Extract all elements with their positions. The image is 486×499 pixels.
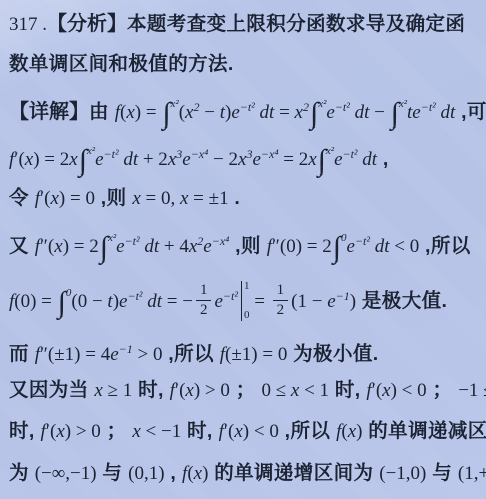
chinese-text: ,所以 bbox=[419, 235, 470, 257]
solution-document: 317 .【分析】本题考查变上限积分函数求导及确定函数单调区间和极值的方法.【详… bbox=[0, 0, 486, 494]
math-roman: (1,+∞) bbox=[458, 463, 486, 484]
math-roman: + 4 bbox=[159, 236, 189, 257]
integral-lower-limit: 1 bbox=[164, 120, 172, 131]
integral: ∫x²1 bbox=[100, 233, 114, 265]
math-roman: (±1) = 0 bbox=[225, 344, 287, 365]
chinese-text: 时, bbox=[181, 420, 218, 442]
text-line: 而 f″(±1) = 4e−1 > 0 ,所以 f(±1) = 0 为极小值. bbox=[9, 328, 480, 370]
math-roman: = − bbox=[162, 291, 193, 312]
integral-limits: x²1 bbox=[316, 99, 324, 131]
math-superscript: −1 bbox=[119, 342, 133, 356]
math-roman: = bbox=[249, 291, 269, 312]
math-italic: x bbox=[54, 236, 62, 257]
math-roman: ′( bbox=[46, 421, 56, 442]
chinese-text: 是极大值. bbox=[356, 290, 447, 312]
integral-upper-limit: x² bbox=[326, 146, 334, 157]
math-roman: (−∞,−1) bbox=[35, 463, 97, 484]
math-roman: −1 ≤ bbox=[458, 380, 486, 401]
integral-upper-limit: x² bbox=[399, 99, 407, 110]
math-roman: ) > 0 bbox=[65, 421, 101, 442]
math-superscript: −x⁴ bbox=[191, 147, 209, 161]
math-roman: ″(±1) = 4 bbox=[40, 344, 110, 365]
integral-limits: 01 bbox=[339, 233, 345, 265]
math-italic: te bbox=[407, 102, 421, 123]
integral-limits: x²1 bbox=[85, 146, 93, 178]
math-italic: x bbox=[94, 380, 102, 401]
math-italic: dt bbox=[119, 149, 139, 170]
math-roman: ) < 0 bbox=[243, 421, 279, 442]
math-italic: e bbox=[203, 236, 211, 257]
text-line: 数单调区间和极值的方法. bbox=[9, 44, 480, 84]
chinese-text: 又因为当 bbox=[9, 379, 94, 401]
integral: ∫x²1 bbox=[162, 99, 176, 131]
integral-lower-limit: 1 bbox=[319, 167, 327, 178]
math-roman: > 0 bbox=[133, 344, 163, 365]
text-line: 时, f′(x) > 0 ； x < −1 时, f′(x) < 0 ,所以 f… bbox=[9, 411, 480, 452]
math-superscript: −t² bbox=[125, 234, 140, 248]
integral-limits: x²1 bbox=[397, 99, 405, 131]
math-italic: e bbox=[252, 149, 260, 170]
integral: ∫x²1 bbox=[310, 99, 324, 131]
chinese-text: 由 bbox=[89, 101, 115, 123]
math-superscript: −t² bbox=[127, 289, 142, 303]
math-roman: < 1 bbox=[299, 380, 329, 401]
chinese-text: 的单调递增区间为 bbox=[208, 462, 379, 484]
section-label: 【详解】 bbox=[9, 101, 89, 123]
math-italic: x bbox=[295, 102, 303, 123]
math-superscript: −t² bbox=[104, 147, 119, 161]
chinese-text: , bbox=[377, 148, 389, 170]
math-roman: (−1,0) bbox=[379, 463, 426, 484]
math-roman: ′( bbox=[224, 421, 234, 442]
math-roman: (0) = bbox=[14, 291, 56, 312]
math-superscript: −t² bbox=[355, 234, 370, 248]
fraction-denominator: 2 bbox=[277, 301, 285, 319]
math-italic: x bbox=[126, 102, 134, 123]
chinese-text: 令 bbox=[9, 187, 35, 209]
math-italic: x bbox=[132, 421, 140, 442]
math-italic: e bbox=[327, 291, 335, 312]
math-italic: dt bbox=[370, 236, 390, 257]
math-italic: e bbox=[231, 102, 239, 123]
integral-lower-limit: 1 bbox=[334, 254, 340, 265]
math-roman: ) < 0 bbox=[391, 380, 427, 401]
math-roman: + 2 bbox=[138, 149, 168, 170]
math-italic: e bbox=[110, 344, 118, 365]
math-italic: e bbox=[116, 236, 124, 257]
chinese-text: 为极小值. bbox=[287, 343, 378, 365]
math-roman: − 2 bbox=[208, 149, 238, 170]
math-roman: 317 . bbox=[9, 14, 47, 35]
math-roman: ≥ 1 bbox=[103, 380, 132, 401]
chinese-text: 与 bbox=[426, 462, 458, 484]
fraction: 12 bbox=[273, 282, 289, 320]
math-roman: = 2 bbox=[279, 149, 309, 170]
math-roman: < 0 bbox=[390, 236, 420, 257]
chinese-text: 数单调区间和极值的方法. bbox=[9, 53, 234, 75]
chinese-text: 时, bbox=[329, 379, 366, 401]
math-roman: = 0, bbox=[141, 188, 180, 209]
chinese-text: 而 bbox=[9, 343, 35, 365]
math-superscript: −t² bbox=[421, 100, 436, 114]
math-roman: ′( bbox=[14, 149, 24, 170]
math-italic: x bbox=[69, 149, 77, 170]
fraction-numerator: 1 bbox=[273, 282, 289, 301]
integral-lower-limit: 1 bbox=[311, 120, 319, 131]
math-roman: ″(0) = 2 bbox=[272, 236, 332, 257]
math-roman: ) = 0 bbox=[59, 188, 95, 209]
evaluation-bar: 10 bbox=[241, 281, 250, 321]
math-italic: x bbox=[25, 149, 33, 170]
integral-upper-limit: x² bbox=[108, 233, 116, 244]
math-italic: x bbox=[194, 463, 202, 484]
math-italic: x bbox=[56, 421, 64, 442]
integral-lower-limit: 1 bbox=[59, 309, 65, 320]
text-line: f(0) = ∫01(0 − t)e−t² dt = −12e−t²10 = 1… bbox=[9, 264, 480, 328]
math-superscript: −t² bbox=[240, 100, 255, 114]
integral: ∫01 bbox=[333, 233, 345, 265]
text-line: 为 (−∞,−1) 与 (0,1) , f(x) 的单调递增区间为 (−1,0)… bbox=[9, 452, 480, 494]
math-italic: dt bbox=[358, 149, 378, 170]
evaluation-lower-limit: 0 bbox=[244, 310, 250, 321]
section-label: 【分析】 bbox=[47, 13, 127, 35]
math-italic: dt bbox=[436, 102, 456, 123]
integral-upper-limit: x² bbox=[87, 146, 95, 157]
integral-limits: x²1 bbox=[106, 233, 114, 265]
math-superscript: −t² bbox=[223, 289, 238, 303]
math-roman: − bbox=[369, 102, 389, 123]
math-roman: ) = bbox=[135, 102, 162, 123]
chinese-text: ； bbox=[230, 379, 262, 401]
math-roman: ) = 2 bbox=[63, 236, 99, 257]
math-italic: e bbox=[326, 102, 334, 123]
integral-upper-limit: x² bbox=[318, 99, 326, 110]
math-roman: ′( bbox=[40, 188, 50, 209]
integral-upper-limit: 0 bbox=[66, 288, 72, 299]
chinese-text: ,可得 bbox=[455, 101, 486, 123]
text-line: 【详解】由 f(x) = ∫x²1(x2 − t)e−t² dt = x2∫x²… bbox=[9, 84, 480, 130]
math-roman: = bbox=[274, 102, 294, 123]
chinese-text: ,则 bbox=[229, 235, 266, 257]
math-italic: e bbox=[347, 236, 355, 257]
integral: ∫x²1 bbox=[391, 99, 405, 131]
math-italic: x bbox=[382, 380, 390, 401]
chinese-text: 时, bbox=[132, 379, 169, 401]
fraction: 12 bbox=[196, 282, 212, 320]
math-roman: − bbox=[199, 102, 219, 123]
math-italic: x bbox=[168, 149, 176, 170]
math-roman: (0 − bbox=[71, 291, 107, 312]
fraction-denominator: 2 bbox=[200, 301, 208, 319]
integral-limits: 01 bbox=[64, 288, 70, 320]
chinese-text: 又 bbox=[9, 235, 35, 257]
chinese-text: 的单调递减区间 bbox=[362, 420, 486, 442]
math-roman: ″( bbox=[40, 236, 54, 257]
text-line: f′(x) = 2x∫x²1e−t² dt + 2x3e−x⁴ − 2x3e−x… bbox=[9, 130, 480, 178]
math-roman: ′( bbox=[372, 380, 382, 401]
math-italic: dt bbox=[255, 102, 275, 123]
math-superscript: −x⁴ bbox=[261, 147, 279, 161]
math-italic: e bbox=[334, 149, 342, 170]
chinese-text: ,则 bbox=[95, 187, 132, 209]
chinese-text: 与 bbox=[97, 462, 129, 484]
text-line: 又 f″(x) = 2∫x²1e−t² dt + 4x2e−x⁴ ,则 f″(0… bbox=[9, 218, 480, 264]
math-italic: x bbox=[132, 188, 140, 209]
math-italic: x bbox=[50, 188, 58, 209]
text-line: 317 .【分析】本题考查变上限积分函数求导及确定函 bbox=[9, 4, 480, 44]
integral-upper-limit: 0 bbox=[341, 233, 347, 244]
chinese-text: 时, bbox=[9, 420, 41, 442]
math-italic: e bbox=[214, 291, 222, 312]
integral-lower-limit: 1 bbox=[392, 120, 400, 131]
math-superscript: 2 bbox=[303, 100, 309, 114]
math-superscript: −t² bbox=[335, 100, 350, 114]
solution-page: 317 .【分析】本题考查变上限积分函数求导及确定函数单调区间和极值的方法.【详… bbox=[0, 0, 486, 499]
integral: ∫x²1 bbox=[318, 146, 332, 178]
math-italic: x bbox=[348, 421, 356, 442]
math-superscript: −1 bbox=[336, 289, 350, 303]
math-roman: (1 − bbox=[291, 291, 327, 312]
math-superscript: −x⁴ bbox=[212, 234, 230, 248]
chinese-text: ,所以 bbox=[279, 420, 336, 442]
math-italic: dt bbox=[143, 291, 163, 312]
math-italic: dt bbox=[350, 102, 370, 123]
math-roman: = ±1 bbox=[188, 188, 228, 209]
integral: ∫01 bbox=[58, 288, 70, 320]
chinese-text: 为 bbox=[9, 462, 35, 484]
integral: ∫x²1 bbox=[79, 146, 93, 178]
math-italic: x bbox=[308, 149, 316, 170]
integral-limits: x²1 bbox=[169, 99, 177, 131]
math-roman: ′( bbox=[175, 380, 185, 401]
math-italic: x bbox=[185, 380, 193, 401]
math-roman: ) > 0 bbox=[194, 380, 230, 401]
fraction-numerator: 1 bbox=[196, 282, 212, 301]
math-roman: (0,1) bbox=[128, 463, 164, 484]
text-line: 令 f′(x) = 0 ,则 x = 0, x = ±1 . bbox=[9, 178, 480, 218]
math-italic: e bbox=[95, 149, 103, 170]
integral-lower-limit: 1 bbox=[101, 254, 109, 265]
math-superscript: −t² bbox=[343, 147, 358, 161]
chinese-text: 本题考查变上限积分函数求导及确定函 bbox=[127, 13, 465, 35]
chinese-text: , bbox=[165, 462, 182, 484]
chinese-text: ； bbox=[427, 379, 459, 401]
chinese-text: . bbox=[229, 187, 241, 209]
math-italic: dt bbox=[140, 236, 160, 257]
math-italic: e bbox=[182, 149, 190, 170]
math-roman: ) = 2 bbox=[33, 149, 69, 170]
chinese-text: ； bbox=[101, 420, 133, 442]
evaluation-upper-limit: 1 bbox=[244, 281, 250, 292]
integral-lower-limit: 1 bbox=[80, 167, 88, 178]
math-roman: < −1 bbox=[141, 421, 181, 442]
chinese-text: ,所以 bbox=[162, 343, 219, 365]
integral-upper-limit: x² bbox=[171, 99, 179, 110]
text-line: 又因为当 x ≥ 1 时, f′(x) > 0 ； 0 ≤ x < 1 时, f… bbox=[9, 370, 480, 411]
math-roman: 0 ≤ bbox=[261, 380, 290, 401]
math-italic: x bbox=[234, 421, 242, 442]
integral-limits: x²1 bbox=[324, 146, 332, 178]
